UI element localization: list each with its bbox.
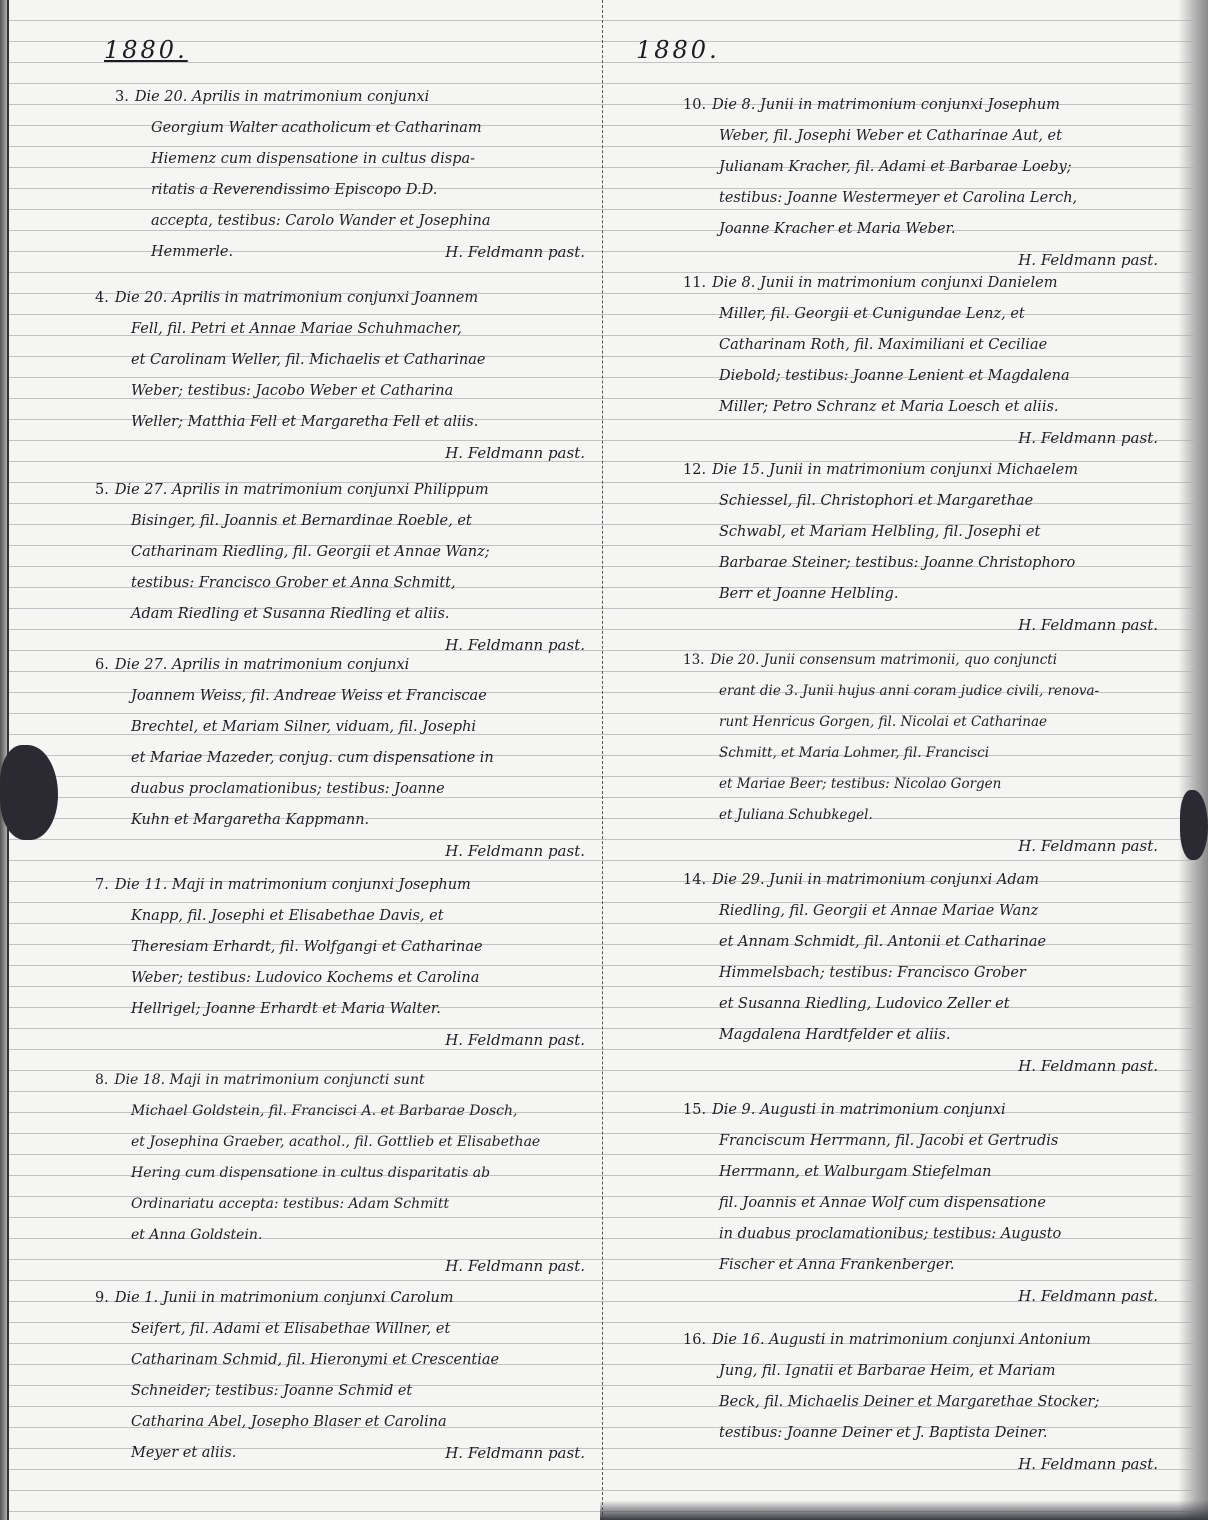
entry-line: Kuhn et Margaretha Kappmann.	[95, 805, 605, 836]
entry-line: Catharinam Roth, fil. Maximiliani et Cec…	[683, 330, 1178, 361]
entry-line: Die 1. Junii in matrimonium conjunxi Car…	[115, 1290, 454, 1306]
entry-number: 3.	[115, 89, 129, 105]
entry-number: 14.	[683, 872, 706, 888]
entry-number: 11.	[683, 275, 706, 291]
entry-line: Die 16. Augusti in matrimonium conjunxi …	[712, 1332, 1091, 1348]
register-entry-4: 4.Die 20. Aprilis in matrimonium conjunx…	[95, 283, 605, 469]
entry-line: Beck, fil. Michaelis Deiner et Margareth…	[683, 1387, 1178, 1418]
entry-number: 9.	[95, 1290, 109, 1306]
entry-line: Weller; Matthia Fell et Margaretha Fell …	[95, 407, 605, 438]
entry-line: et Annam Schmidt, fil. Antonii et Cathar…	[683, 927, 1178, 958]
entry-line: testibus: Joanne Westermeyer et Carolina…	[683, 183, 1178, 214]
entry-line: Die 27. Aprilis in matrimonium conjunxi	[115, 657, 409, 673]
entry-line: Miller; Petro Schranz et Maria Loesch et…	[683, 392, 1178, 423]
entry-line: Die 11. Maji in matrimonium conjunxi Jos…	[115, 877, 471, 893]
entry-line: Die 29. Junii in matrimonium conjunxi Ad…	[712, 872, 1039, 888]
entry-line: Schmitt, et Maria Lohmer, fil. Francisci	[683, 738, 1178, 769]
register-entry-6: 6.Die 27. Aprilis in matrimonium conjunx…	[95, 650, 605, 867]
entry-line: Theresiam Erhardt, fil. Wolfgangi et Cat…	[95, 932, 605, 963]
right-page: 1880. 10.Die 8. Junii in matrimonium con…	[608, 0, 1188, 1520]
entry-line: testibus: Francisco Grober et Anna Schmi…	[95, 568, 605, 599]
entry-line: fil. Joannis et Annae Wolf cum dispensat…	[683, 1188, 1178, 1219]
pastor-signature: H. Feldmann past.	[95, 438, 605, 469]
entry-line: Riedling, fil. Georgii et Annae Mariae W…	[683, 896, 1178, 927]
register-entry-7: 7.Die 11. Maji in matrimonium conjunxi J…	[95, 870, 605, 1056]
entry-line: Die 27. Aprilis in matrimonium conjunxi …	[115, 482, 489, 498]
entry-line: Die 20. Aprilis in matrimonium conjunxi	[135, 89, 429, 105]
entry-number: 4.	[95, 290, 109, 306]
entry-line: Die 8. Junii in matrimonium conjunxi Dan…	[712, 275, 1057, 291]
entry-line: Joanne Kracher et Maria Weber.	[683, 214, 1178, 245]
entry-line: Michael Goldstein, fil. Francisci A. et …	[95, 1096, 605, 1127]
entry-line: Weber, fil. Josephi Weber et Catharinae …	[683, 121, 1178, 152]
entry-line: Ordinariatu accepta: testibus: Adam Schm…	[95, 1189, 605, 1220]
entry-line: runt Henricus Gorgen, fil. Nicolai et Ca…	[683, 707, 1178, 738]
entry-line: Joannem Weiss, fil. Andreae Weiss et Fra…	[95, 681, 605, 712]
entry-line: Hiemenz cum dispensatione in cultus disp…	[115, 144, 605, 175]
register-entry-10: 10.Die 8. Junii in matrimonium conjunxi …	[683, 90, 1178, 276]
entry-line: Magdalena Hardtfelder et aliis.	[683, 1020, 1178, 1051]
register-entry-14: 14.Die 29. Junii in matrimonium conjunxi…	[683, 865, 1178, 1082]
entry-line: Herrmann, et Walburgam Stiefelman	[683, 1157, 1178, 1188]
pastor-signature: H. Feldmann past.	[95, 1025, 605, 1056]
left-page: 1880. 3.Die 20. Aprilis in matrimonium c…	[20, 0, 600, 1520]
entry-line: Die 20. Junii consensum matrimonii, quo …	[710, 652, 1057, 668]
entry-line: et Josephina Graeber, acathol., fil. Got…	[95, 1127, 605, 1158]
entry-line: duabus proclamationibus; testibus: Joann…	[95, 774, 605, 805]
entry-line: Die 8. Junii in matrimonium conjunxi Jos…	[712, 97, 1060, 113]
pastor-signature: H. Feldmann past.	[95, 1251, 605, 1282]
entry-line: Catharinam Riedling, fil. Georgii et Ann…	[95, 537, 605, 568]
entry-line: Miller, fil. Georgii et Cunigundae Lenz,…	[683, 299, 1178, 330]
entry-line: Himmelsbach; testibus: Francisco Grober	[683, 958, 1178, 989]
entry-line: testibus: Joanne Deiner et J. Baptista D…	[683, 1418, 1178, 1449]
pastor-signature: H. Feldmann past.	[683, 1281, 1178, 1312]
entry-line: Weber; testibus: Ludovico Kochems et Car…	[95, 963, 605, 994]
entry-line: Julianam Kracher, fil. Adami et Barbarae…	[683, 152, 1178, 183]
entry-line: et Mariae Beer; testibus: Nicolao Gorgen	[683, 769, 1178, 800]
register-entry-9: 9.Die 1. Junii in matrimonium conjunxi C…	[95, 1283, 605, 1469]
pastor-signature: H. Feldmann past.	[683, 1051, 1178, 1082]
entry-line: accepta, testibus: Carolo Wander et Jose…	[115, 206, 605, 237]
entry-number: 8.	[95, 1072, 108, 1088]
entry-line: Die 15. Junii in matrimonium conjunxi Mi…	[712, 462, 1078, 478]
entry-line: Bisinger, fil. Joannis et Bernardinae Ro…	[95, 506, 605, 537]
entry-line: Brechtel, et Mariam Silner, viduam, fil.…	[95, 712, 605, 743]
entry-line: ritatis a Reverendissimo Episcopo D.D.	[115, 175, 605, 206]
entry-line: Fell, fil. Petri et Annae Mariae Schuhma…	[95, 314, 605, 345]
entry-number: 7.	[95, 877, 109, 893]
entry-line: et Anna Goldstein.	[95, 1220, 605, 1251]
entry-number: 13.	[683, 652, 704, 668]
entry-line: et Mariae Mazeder, conjug. cum dispensat…	[95, 743, 605, 774]
right-page-year: 1880.	[636, 36, 720, 64]
entry-line: Die 18. Maji in matrimonium conjuncti su…	[114, 1072, 424, 1088]
pastor-signature: H. Feldmann past.	[683, 423, 1178, 454]
entry-line: et Carolinam Weller, fil. Michaelis et C…	[95, 345, 605, 376]
entry-line: Fischer et Anna Frankenberger.	[683, 1250, 1178, 1281]
entry-line: Barbarae Steiner; testibus: Joanne Chris…	[683, 548, 1178, 579]
entry-line: Berr et Joanne Helbling.	[683, 579, 1178, 610]
entry-line: Catharina Abel, Josepho Blaser et Caroli…	[95, 1407, 605, 1438]
entry-line: erant die 3. Junii hujus anni coram judi…	[683, 676, 1178, 707]
entry-line: et Juliana Schubkegel.	[683, 800, 1178, 831]
entry-line: Schiessel, fil. Christophori et Margaret…	[683, 486, 1178, 517]
register-entry-3: 3.Die 20. Aprilis in matrimonium conjunx…	[115, 82, 605, 268]
entry-line: Catharinam Schmid, fil. Hieronymi et Cre…	[95, 1345, 605, 1376]
pastor-signature: H. Feldmann past.	[683, 610, 1178, 641]
entry-number: 15.	[683, 1102, 706, 1118]
left-page-year: 1880.	[104, 36, 188, 64]
entry-line: Diebold; testibus: Joanne Lenient et Mag…	[683, 361, 1178, 392]
entry-line: in duabus proclamationibus; testibus: Au…	[683, 1219, 1178, 1250]
register-entry-8: 8.Die 18. Maji in matrimonium conjuncti …	[95, 1065, 605, 1282]
register-entry-5: 5.Die 27. Aprilis in matrimonium conjunx…	[95, 475, 605, 661]
entry-number: 16.	[683, 1332, 706, 1348]
entry-line: Franciscum Herrmann, fil. Jacobi et Gert…	[683, 1126, 1178, 1157]
entry-number: 12.	[683, 462, 706, 478]
entry-line: Die 9. Augusti in matrimonium conjunxi	[712, 1102, 1006, 1118]
entry-line: Hellrigel; Joanne Erhardt et Maria Walte…	[95, 994, 605, 1025]
entry-line: Adam Riedling et Susanna Riedling et ali…	[95, 599, 605, 630]
entry-line: et Susanna Riedling, Ludovico Zeller et	[683, 989, 1178, 1020]
entry-line: Seifert, fil. Adami et Elisabethae Willn…	[95, 1314, 605, 1345]
entry-number: 5.	[95, 482, 109, 498]
entry-line: Knapp, fil. Josephi et Elisabethae Davis…	[95, 901, 605, 932]
entry-line: Jung, fil. Ignatii et Barbarae Heim, et …	[683, 1356, 1178, 1387]
entry-line: Schwabl, et Mariam Helbling, fil. Joseph…	[683, 517, 1178, 548]
entry-number: 6.	[95, 657, 109, 673]
entry-line: Georgium Walter acatholicum et Catharina…	[115, 113, 605, 144]
pastor-signature: H. Feldmann past.	[683, 831, 1178, 862]
register-sheet: 1880. 3.Die 20. Aprilis in matrimonium c…	[0, 0, 1208, 1520]
entry-line: Schneider; testibus: Joanne Schmid et	[95, 1376, 605, 1407]
register-entry-12: 12.Die 15. Junii in matrimonium conjunxi…	[683, 455, 1178, 641]
entry-line: Die 20. Aprilis in matrimonium conjunxi …	[115, 290, 478, 306]
entry-line: Hering cum dispensatione in cultus dispa…	[95, 1158, 605, 1189]
entry-number: 10.	[683, 97, 706, 113]
register-entry-16: 16.Die 16. Augusti in matrimonium conjun…	[683, 1325, 1178, 1480]
pastor-signature: H. Feldmann past.	[95, 836, 605, 867]
register-entry-11: 11.Die 8. Junii in matrimonium conjunxi …	[683, 268, 1178, 454]
register-entry-13: 13.Die 20. Junii consensum matrimonii, q…	[683, 645, 1178, 862]
register-entry-15: 15.Die 9. Augusti in matrimonium conjunx…	[683, 1095, 1178, 1312]
entry-line: Weber; testibus: Jacobo Weber et Cathari…	[95, 376, 605, 407]
pastor-signature: H. Feldmann past.	[683, 1449, 1178, 1480]
